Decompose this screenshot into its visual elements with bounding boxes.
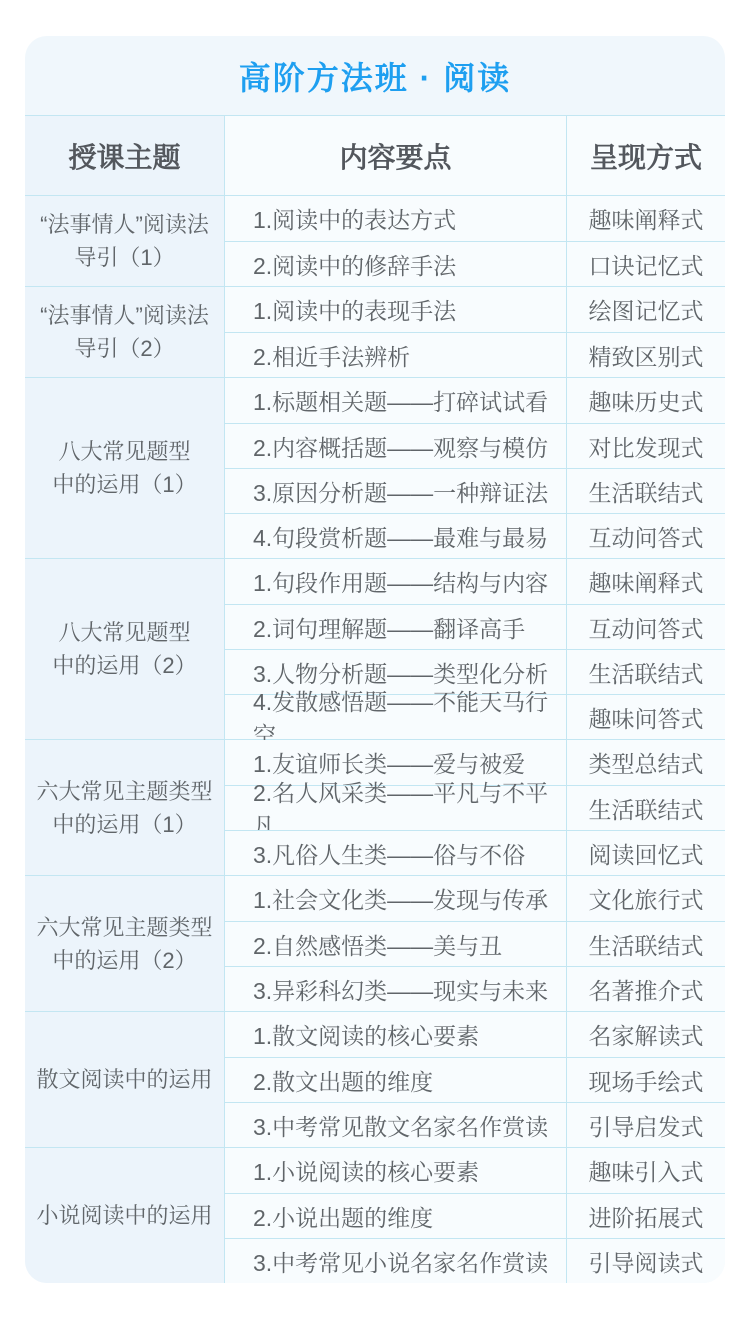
content-point-cell: 2.名人风采类——平凡与不平凡	[225, 786, 567, 830]
table-row: 4.发散感悟题——不能天马行空 趣味问答式	[225, 694, 725, 739]
table-section: 六大常见主题类型 中的运用（2） 1.社会文化类——发现与传承 文化旅行式 2.…	[25, 876, 725, 1012]
topic-cell: 小说阅读中的运用	[25, 1148, 225, 1283]
table-row: 2.自然感悟类——美与丑 生活联结式	[225, 921, 725, 966]
method-cell: 趣味阐释式	[567, 559, 725, 604]
content-point-cell: 1.小说阅读的核心要素	[225, 1148, 567, 1193]
content-point-cell: 1.句段作用题——结构与内容	[225, 559, 567, 604]
table-row: 1.社会文化类——发现与传承 文化旅行式	[225, 876, 725, 921]
header-points: 内容要点	[225, 116, 567, 195]
table-row: 2.散文出题的维度 现场手绘式	[225, 1057, 725, 1102]
section-items: 1.阅读中的表现手法 绘图记忆式 2.相近手法辨析 精致区别式	[225, 287, 725, 377]
topic-cell: 散文阅读中的运用	[25, 1012, 225, 1147]
content-point-cell: 2.内容概括题——观察与模仿	[225, 424, 567, 468]
table-header-row: 授课主题 内容要点 呈现方式	[25, 116, 725, 196]
course-syllabus-card: 高阶方法班 · 阅读 授课主题 内容要点 呈现方式 “法事情人”阅读法 导引（1…	[25, 36, 725, 1283]
section-items: 1.小说阅读的核心要素 趣味引入式 2.小说出题的维度 进阶拓展式 3.中考常见…	[225, 1148, 725, 1283]
topic-cell: 八大常见题型 中的运用（1）	[25, 378, 225, 558]
table-row: 3.异彩科幻类——现实与未来 名著推介式	[225, 966, 725, 1011]
table-row: 1.阅读中的表现手法 绘图记忆式	[225, 287, 725, 332]
table-row: 2.小说出题的维度 进阶拓展式	[225, 1193, 725, 1238]
section-items: 1.句段作用题——结构与内容 趣味阐释式 2.词句理解题——翻译高手 互动问答式…	[225, 559, 725, 739]
content-point-cell: 3.中考常见小说名家名作赏读	[225, 1239, 567, 1283]
topic-cell: “法事情人”阅读法 导引（2）	[25, 287, 225, 377]
method-cell: 进阶拓展式	[567, 1194, 725, 1238]
method-cell: 生活联结式	[567, 469, 725, 513]
table-row: 2.词句理解题——翻译高手 互动问答式	[225, 604, 725, 649]
table-row: 1.散文阅读的核心要素 名家解读式	[225, 1012, 725, 1057]
method-cell: 精致区别式	[567, 333, 725, 377]
header-method: 呈现方式	[567, 116, 725, 195]
content-point-cell: 1.社会文化类——发现与传承	[225, 876, 567, 921]
table-row: 1.标题相关题——打碎试试看 趣味历史式	[225, 378, 725, 423]
table-section: 八大常见题型 中的运用（2） 1.句段作用题——结构与内容 趣味阐释式 2.词句…	[25, 559, 725, 740]
page: { "title": "高阶方法班 · 阅读", "colors": { "ac…	[0, 0, 750, 1334]
method-cell: 趣味问答式	[567, 695, 725, 739]
table-section: 八大常见题型 中的运用（1） 1.标题相关题——打碎试试看 趣味历史式 2.内容…	[25, 378, 725, 559]
content-point-cell: 1.散文阅读的核心要素	[225, 1012, 567, 1057]
topic-cell: “法事情人”阅读法 导引（1）	[25, 196, 225, 286]
method-cell: 互动问答式	[567, 514, 725, 558]
table-row: 2.内容概括题——观察与模仿 对比发现式	[225, 423, 725, 468]
content-point-cell: 2.散文出题的维度	[225, 1058, 567, 1102]
page-title: 高阶方法班 · 阅读	[25, 36, 725, 116]
course-table-body: “法事情人”阅读法 导引（1） 1.阅读中的表达方式 趣味阐释式 2.阅读中的修…	[25, 196, 725, 1283]
content-point-cell: 3.中考常见散文名家名作赏读	[225, 1103, 567, 1147]
table-section: “法事情人”阅读法 导引（1） 1.阅读中的表达方式 趣味阐释式 2.阅读中的修…	[25, 196, 725, 287]
table-section: 六大常见主题类型 中的运用（1） 1.友谊师长类——爱与被爱 类型总结式 2.名…	[25, 740, 725, 876]
content-point-cell: 3.异彩科幻类——现实与未来	[225, 967, 567, 1011]
method-cell: 趣味历史式	[567, 378, 725, 423]
table-row: 3.原因分析题——一种辩证法 生活联结式	[225, 468, 725, 513]
content-point-cell: 4.发散感悟题——不能天马行空	[225, 695, 567, 739]
section-items: 1.标题相关题——打碎试试看 趣味历史式 2.内容概括题——观察与模仿 对比发现…	[225, 378, 725, 558]
method-cell: 文化旅行式	[567, 876, 725, 921]
method-cell: 生活联结式	[567, 786, 725, 830]
section-items: 1.社会文化类——发现与传承 文化旅行式 2.自然感悟类——美与丑 生活联结式 …	[225, 876, 725, 1011]
method-cell: 名著推介式	[567, 967, 725, 1011]
content-point-cell: 2.词句理解题——翻译高手	[225, 605, 567, 649]
table-row: 2.阅读中的修辞手法 口诀记忆式	[225, 241, 725, 286]
method-cell: 现场手绘式	[567, 1058, 725, 1102]
method-cell: 趣味阐释式	[567, 196, 725, 241]
table-row: 1.阅读中的表达方式 趣味阐释式	[225, 196, 725, 241]
method-cell: 绘图记忆式	[567, 287, 725, 332]
table-row: 3.凡俗人生类——俗与不俗 阅读回忆式	[225, 830, 725, 875]
table-row: 3.中考常见小说名家名作赏读 引导阅读式	[225, 1238, 725, 1283]
method-cell: 引导启发式	[567, 1103, 725, 1147]
method-cell: 引导阅读式	[567, 1239, 725, 1283]
header-topic: 授课主题	[25, 116, 225, 195]
method-cell: 生活联结式	[567, 650, 725, 694]
content-point-cell: 1.阅读中的表达方式	[225, 196, 567, 241]
method-cell: 互动问答式	[567, 605, 725, 649]
section-items: 1.阅读中的表达方式 趣味阐释式 2.阅读中的修辞手法 口诀记忆式	[225, 196, 725, 286]
content-point-cell: 3.原因分析题——一种辩证法	[225, 469, 567, 513]
table-row: 1.句段作用题——结构与内容 趣味阐释式	[225, 559, 725, 604]
topic-cell: 六大常见主题类型 中的运用（1）	[25, 740, 225, 875]
table-row: 4.句段赏析题——最难与最易 互动问答式	[225, 513, 725, 558]
content-point-cell: 4.句段赏析题——最难与最易	[225, 514, 567, 558]
section-items: 1.友谊师长类——爱与被爱 类型总结式 2.名人风采类——平凡与不平凡 生活联结…	[225, 740, 725, 875]
method-cell: 对比发现式	[567, 424, 725, 468]
table-row: 3.中考常见散文名家名作赏读 引导启发式	[225, 1102, 725, 1147]
content-point-cell: 1.阅读中的表现手法	[225, 287, 567, 332]
method-cell: 趣味引入式	[567, 1148, 725, 1193]
table-row: 2.名人风采类——平凡与不平凡 生活联结式	[225, 785, 725, 830]
table-row: 1.小说阅读的核心要素 趣味引入式	[225, 1148, 725, 1193]
section-items: 1.散文阅读的核心要素 名家解读式 2.散文出题的维度 现场手绘式 3.中考常见…	[225, 1012, 725, 1147]
method-cell: 类型总结式	[567, 740, 725, 785]
content-point-cell: 2.相近手法辨析	[225, 333, 567, 377]
table-section: 散文阅读中的运用 1.散文阅读的核心要素 名家解读式 2.散文出题的维度 现场手…	[25, 1012, 725, 1148]
topic-cell: 六大常见主题类型 中的运用（2）	[25, 876, 225, 1011]
content-point-cell: 1.标题相关题——打碎试试看	[225, 378, 567, 423]
table-section: “法事情人”阅读法 导引（2） 1.阅读中的表现手法 绘图记忆式 2.相近手法辨…	[25, 287, 725, 378]
table-row: 2.相近手法辨析 精致区别式	[225, 332, 725, 377]
method-cell: 名家解读式	[567, 1012, 725, 1057]
content-point-cell: 2.自然感悟类——美与丑	[225, 922, 567, 966]
content-point-cell: 3.凡俗人生类——俗与不俗	[225, 831, 567, 875]
method-cell: 口诀记忆式	[567, 242, 725, 286]
method-cell: 阅读回忆式	[567, 831, 725, 875]
topic-cell: 八大常见题型 中的运用（2）	[25, 559, 225, 739]
table-section: 小说阅读中的运用 1.小说阅读的核心要素 趣味引入式 2.小说出题的维度 进阶拓…	[25, 1148, 725, 1283]
content-point-cell: 2.小说出题的维度	[225, 1194, 567, 1238]
method-cell: 生活联结式	[567, 922, 725, 966]
content-point-cell: 2.阅读中的修辞手法	[225, 242, 567, 286]
